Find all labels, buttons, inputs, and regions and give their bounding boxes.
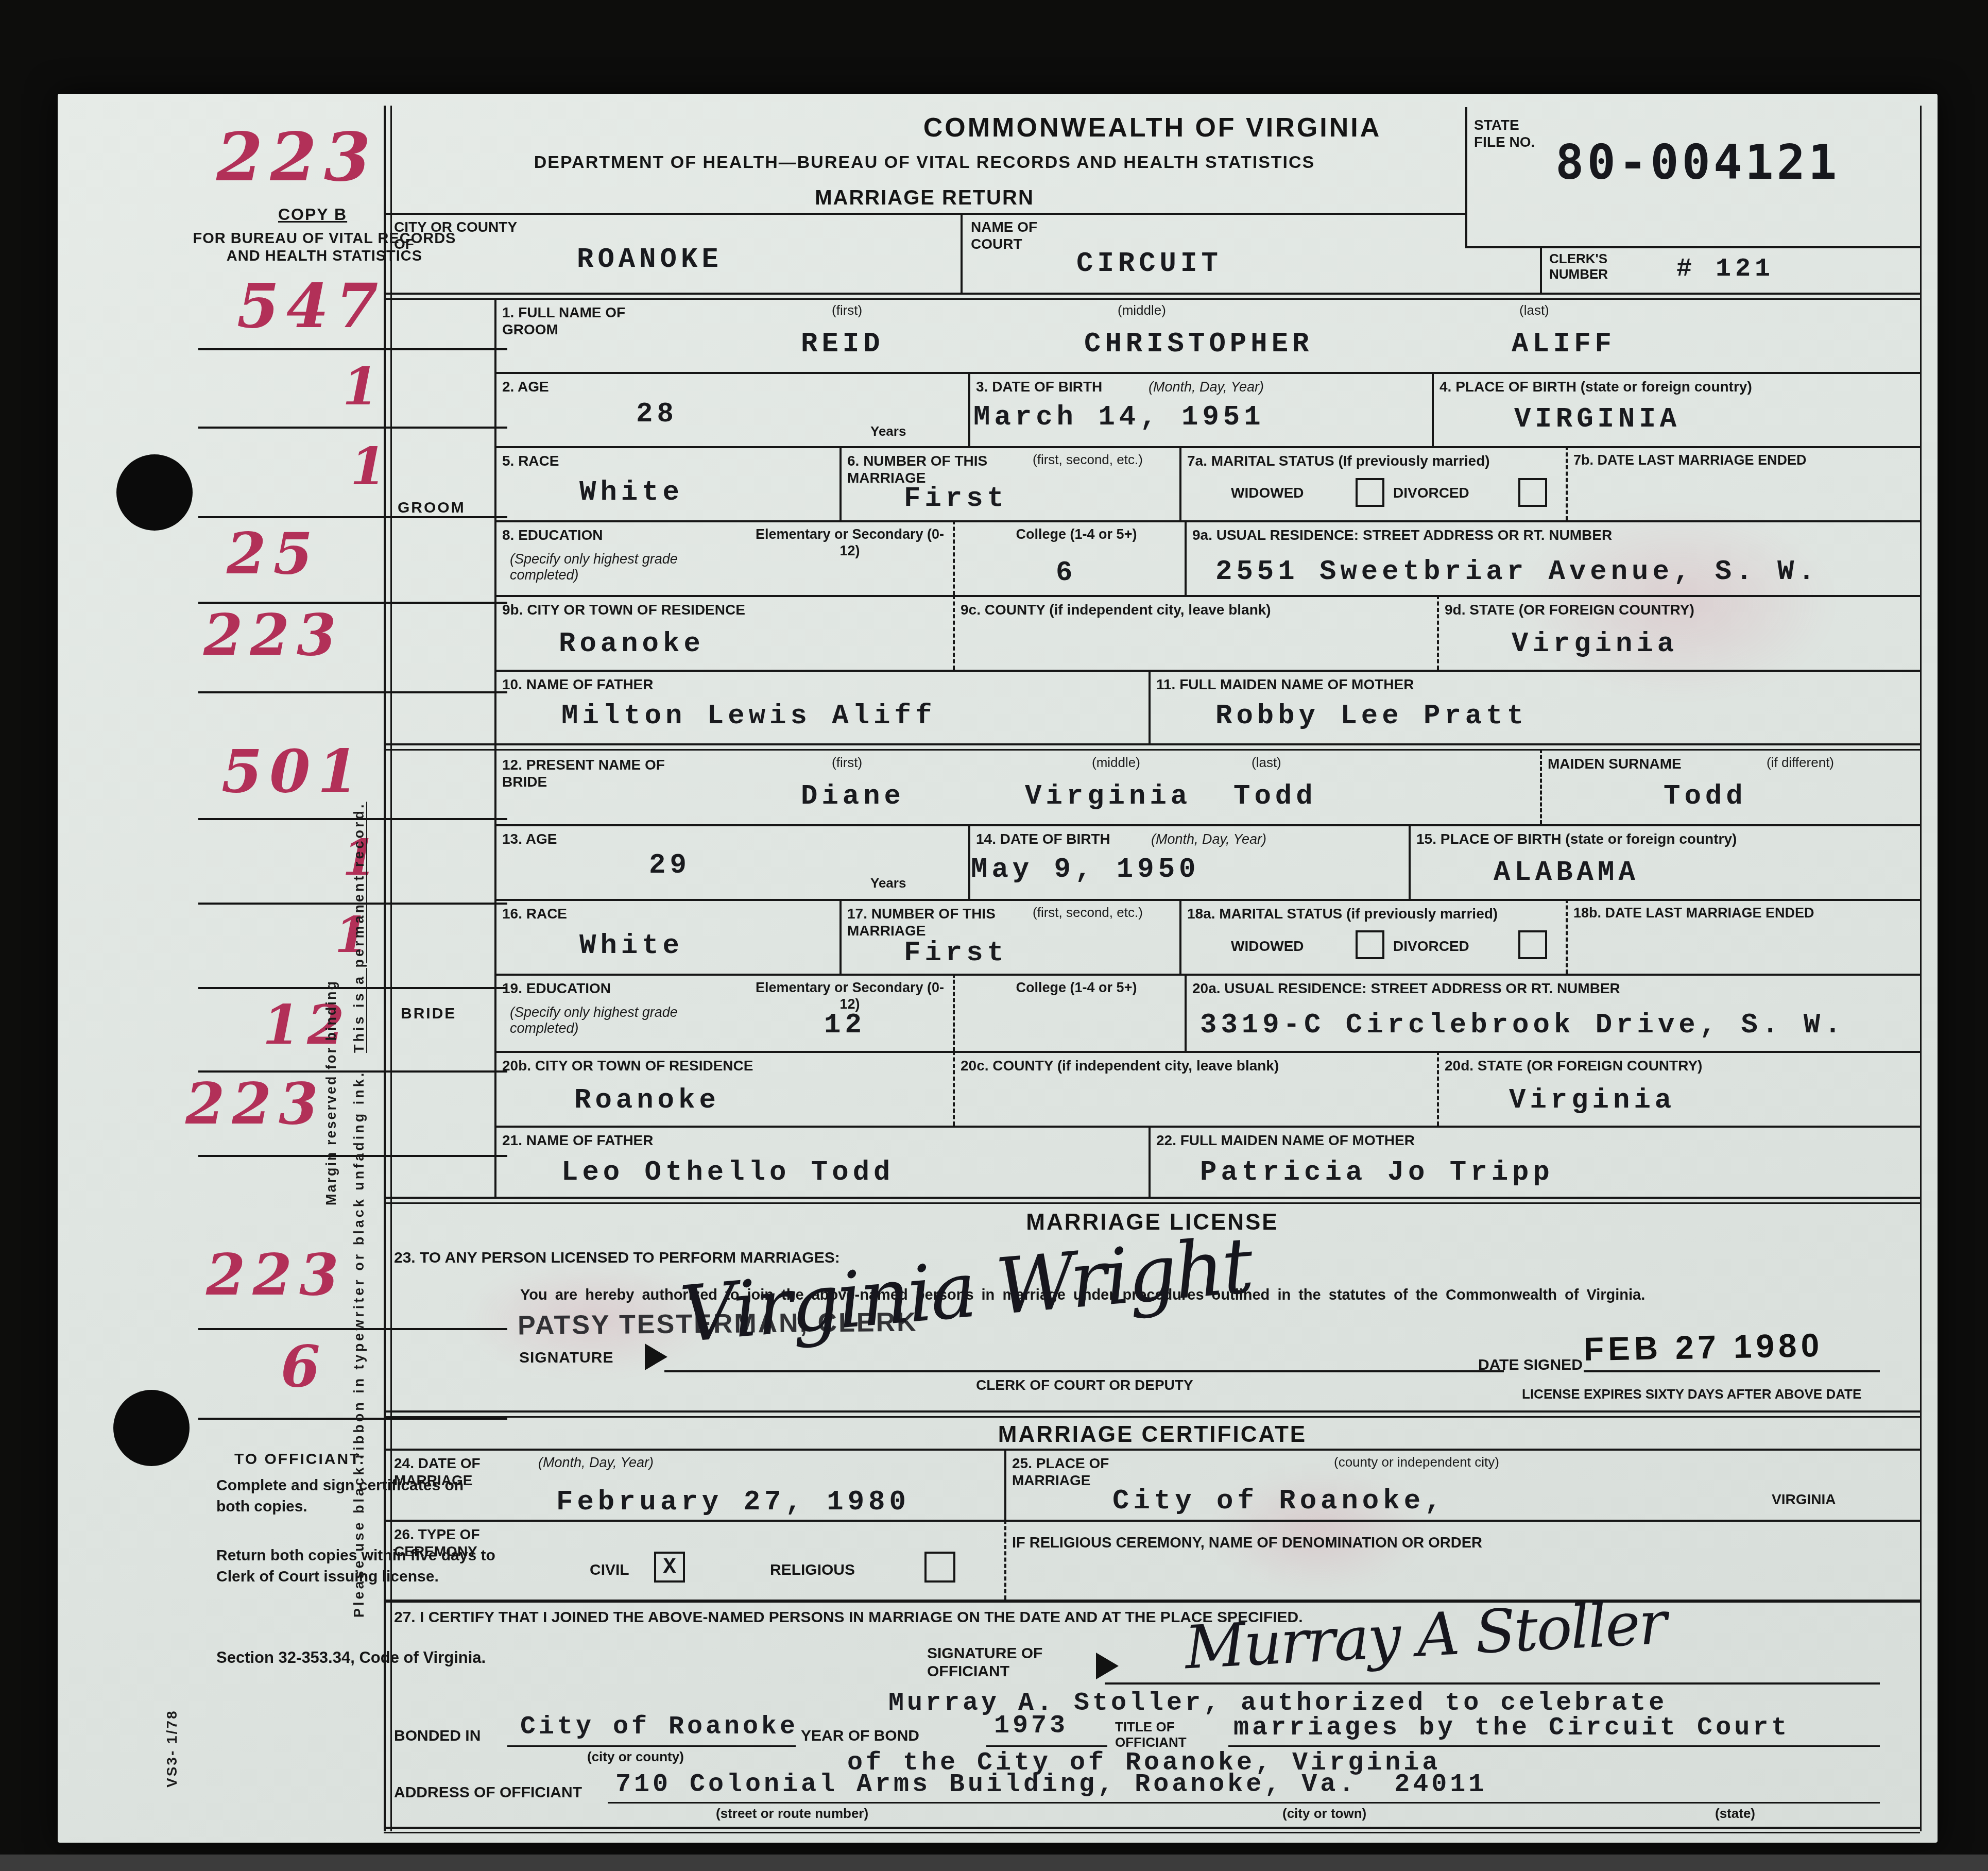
middle-name-hint: (middle) — [1118, 303, 1166, 318]
permanent-record-note: This is a permanent record. — [351, 802, 367, 1053]
rule — [1465, 246, 1920, 248]
field-20c-label: 20c. COUNTY (if independent city, leave … — [961, 1057, 1429, 1074]
rule — [384, 1416, 1920, 1418]
field-2-label: 2. AGE — [502, 378, 549, 395]
rule — [968, 824, 970, 899]
field-19-label: 19. EDUCATION — [502, 980, 611, 997]
field-21-label: 21. NAME OF FATHER — [502, 1132, 654, 1149]
signature-arrow-icon — [645, 1343, 667, 1370]
groom-middle-name: CHRISTOPHER — [1084, 331, 1313, 359]
rule — [384, 1449, 1920, 1451]
college-label: College (1-4 or 5+) — [968, 526, 1185, 543]
field-26-label: 26. TYPE OF CEREMONY — [394, 1526, 543, 1560]
divorced-label: DIVORCED — [1393, 484, 1469, 501]
bride-middle-name: Virginia — [1025, 783, 1191, 811]
bride-street-address: 3319-C Circlebrook Drive, S. W. — [1200, 1012, 1845, 1040]
signature-line — [664, 1370, 1504, 1372]
field-13-label: 13. AGE — [502, 830, 557, 847]
title-of-officiant-line — [1228, 1745, 1880, 1747]
officiant-signature-label: SIGNATURE OF OFFICIANT — [927, 1644, 1107, 1681]
groom-father-name: Milton Lewis Aliff — [561, 703, 936, 730]
rule — [384, 749, 1920, 751]
date-signed-label: DATE SIGNED — [1478, 1356, 1583, 1374]
field-24-hint: (Month, Day, Year) — [538, 1455, 654, 1471]
first-name-hint: (first) — [832, 303, 862, 318]
code-section-reference: Section 32-353.34, Code of Virginia. — [216, 1647, 497, 1668]
rule — [953, 595, 955, 670]
punch-hole — [113, 1390, 190, 1466]
rule — [384, 1410, 1920, 1413]
rule — [384, 293, 1920, 295]
widowed-label: WIDOWED — [1231, 484, 1304, 501]
bonded-in-hint: (city or county) — [587, 1749, 684, 1765]
years-label: Years — [870, 876, 906, 891]
bride-section-label: BRIDE — [401, 1005, 456, 1023]
rule — [1465, 107, 1467, 247]
rule — [1409, 824, 1411, 899]
bonded-in-line — [507, 1745, 796, 1747]
field-15-label: 15. PLACE OF BIRTH (state or foreign cou… — [1416, 830, 1911, 847]
bonded-in-value: City of Roanoke — [520, 1714, 798, 1740]
field-3-hint: (Month, Day, Year) — [1149, 379, 1264, 395]
middle-name-hint: (middle) — [1092, 755, 1140, 770]
margin-handwritten-number: 223 — [216, 124, 378, 191]
rule — [384, 106, 386, 1831]
field-5-label: 5. RACE — [502, 452, 559, 469]
elementary-secondary-label: Elementary or Secondary (0-12) — [747, 526, 953, 559]
margin-handwritten-number: 547 — [237, 276, 385, 336]
field-22-label: 22. FULL MAIDEN NAME OF MOTHER — [1156, 1132, 1415, 1149]
signature-arrow-icon — [1096, 1653, 1119, 1679]
groom-section-label: GROOM — [398, 499, 466, 517]
rule — [1004, 1520, 1006, 1600]
rule — [1185, 520, 1187, 595]
state-hint: (state) — [1715, 1806, 1755, 1822]
rule — [1920, 106, 1922, 1831]
bonded-in-label: BONDED IN — [394, 1727, 481, 1745]
bride-first-name: Diane — [801, 783, 905, 811]
field-6-label: 6. NUMBER OF THIS MARRIAGE — [847, 452, 1033, 486]
groom-marriage-number: First — [904, 485, 1008, 513]
last-name-hint: (last) — [1519, 303, 1549, 318]
title-of-officiant-label: TITLE OF OFFICIANT — [1115, 1720, 1228, 1750]
to-officiant-title: TO OFFICIANT: — [234, 1450, 366, 1468]
college-label: College (1-4 or 5+) — [968, 980, 1185, 996]
rule — [961, 213, 963, 294]
binding-margin-note: Margin reserved for binding — [323, 793, 339, 1205]
state-file-label: STATE FILE NO. — [1474, 116, 1551, 150]
field-14-hint: (Month, Day, Year) — [1151, 831, 1266, 847]
field-11-label: 11. FULL MAIDEN NAME OF MOTHER — [1156, 676, 1414, 693]
groom-street-address: 2551 Sweetbriar Avenue, S. W. — [1215, 558, 1819, 586]
rule — [1185, 974, 1187, 1051]
field-6-hint: (first, second, etc.) — [1033, 452, 1143, 467]
street-hint: (street or route number) — [716, 1806, 868, 1822]
rule — [494, 974, 1920, 976]
field-27-label: 27. I CERTIFY THAT I JOINED THE ABOVE-NA… — [394, 1608, 1908, 1626]
rule — [968, 372, 970, 446]
margin-handwritten-number: 25 — [227, 525, 320, 582]
rule — [494, 298, 496, 1199]
field-14-label: 14. DATE OF BIRTH — [976, 830, 1110, 847]
bride-state-of-residence: Virginia — [1509, 1087, 1675, 1115]
field-19-hint: (Specify only highest grade completed) — [510, 1005, 747, 1036]
field-8-label: 8. EDUCATION — [502, 526, 603, 543]
city-town-hint: (city or town) — [1282, 1806, 1366, 1822]
rule — [953, 1051, 955, 1126]
field-8-hint: (Specify only highest grade completed) — [510, 551, 747, 583]
rule — [1149, 670, 1151, 744]
signature-label: SIGNATURE — [519, 1349, 613, 1367]
margin-handwritten-number: 501 — [221, 742, 366, 801]
address-line — [608, 1802, 1880, 1804]
civil-label: CIVIL — [590, 1561, 629, 1579]
margin-handwritten-number: 223 — [185, 1076, 325, 1132]
bride-elementary-years: 12 — [824, 1012, 866, 1040]
groom-age: 28 — [636, 401, 678, 429]
rule — [839, 899, 842, 974]
rule — [953, 520, 955, 595]
rule — [1432, 372, 1434, 446]
rule — [494, 372, 1920, 374]
groom-place-of-birth: VIRGINIA — [1514, 406, 1681, 434]
bride-marriage-number: First — [904, 940, 1008, 967]
form-code: VS3- 1/78 — [164, 1623, 180, 1788]
rule — [1566, 899, 1568, 974]
rule — [1149, 1126, 1151, 1198]
license-expiry-note: LICENSE EXPIRES SIXTY DAYS AFTER ABOVE D… — [1522, 1387, 1893, 1402]
elementary-secondary-label: Elementary or Secondary (0-12) — [747, 980, 953, 1013]
religious-checkbox — [924, 1552, 955, 1583]
margin-handwritten-number: 223 — [203, 607, 344, 664]
rule — [494, 899, 1920, 901]
margin-handwritten-number: 1 — [342, 361, 386, 412]
rule — [1004, 1449, 1006, 1520]
clerk-of-court-label: CLERK OF COURT OR DEPUTY — [976, 1376, 1193, 1393]
field-12-label: 12. PRESENT NAME OF BRIDE — [502, 756, 672, 790]
groom-last-name: ALIFF — [1512, 331, 1616, 359]
rule — [198, 348, 507, 350]
city-county-value: ROANOKE — [577, 246, 723, 274]
bride-maiden-surname: Todd — [1664, 783, 1747, 811]
rule — [1437, 1051, 1439, 1126]
clerks-number-value: # 121 — [1676, 257, 1774, 282]
rule — [494, 520, 1920, 522]
court-name-value: CIRCUIT — [1076, 250, 1222, 278]
divorced-checkbox — [1518, 930, 1547, 959]
religious-ceremony-note: IF RELIGIOUS CEREMONY, NAME OF DENOMINAT… — [1012, 1534, 1517, 1552]
rule — [384, 1202, 1920, 1204]
groom-state-of-residence: Virginia — [1512, 631, 1678, 658]
rule — [1540, 749, 1542, 824]
field-20a-label: 20a. USUAL RESIDENCE: STREET ADDRESS OR … — [1192, 980, 1888, 997]
margin-handwritten-number: 223 — [206, 1247, 346, 1303]
field-9b-label: 9b. CITY OR TOWN OF RESIDENCE — [502, 601, 745, 618]
rule — [494, 670, 1920, 672]
rule — [494, 446, 1920, 448]
bride-mother-name: Patricia Jo Tripp — [1200, 1159, 1554, 1187]
field-7a-label: 7a. MARITAL STATUS (If previously marrie… — [1187, 452, 1548, 469]
field-18b-label: 18b. DATE LAST MARRIAGE ENDED — [1573, 905, 1913, 922]
field-24-label: 24. DATE OF MARRIAGE — [394, 1455, 533, 1489]
rule — [839, 446, 842, 520]
rule — [1437, 595, 1439, 670]
field-9c-label: 9c. COUNTY (if independent city, leave b… — [961, 601, 1429, 618]
rule — [384, 1600, 1920, 1603]
scanner-bed-strip — [0, 1855, 1988, 1871]
rule — [494, 595, 1920, 597]
court-name-label: NAME OF COURT — [971, 218, 1074, 252]
rule — [390, 106, 392, 1831]
date-stamp: FEB 27 1980 — [1583, 1326, 1823, 1368]
rule — [384, 1520, 1920, 1522]
field-16-label: 16. RACE — [502, 905, 567, 922]
field-9a-label: 9a. USUAL RESIDENCE: STREET ADDRESS OR R… — [1192, 526, 1888, 543]
rule — [384, 1832, 1920, 1833]
years-label: Years — [870, 424, 906, 439]
bride-place-of-birth: ALABAMA — [1494, 859, 1639, 887]
place-of-marriage: City of Roanoke, — [1112, 1488, 1445, 1516]
year-of-bond-line — [986, 1745, 1107, 1747]
form-title: MARRIAGE RETURN — [384, 186, 1465, 210]
groom-date-of-birth: March 14, 1951 — [973, 404, 1265, 432]
field-25-label: 25. PLACE OF MARRIAGE — [1012, 1455, 1156, 1489]
groom-city-of-residence: Roanoke — [559, 631, 705, 658]
year-of-bond-label: YEAR OF BOND — [801, 1727, 919, 1745]
field-25-hint: (county or independent city) — [1334, 1455, 1499, 1470]
rule — [953, 974, 955, 1051]
punch-hole — [116, 454, 193, 531]
civil-checkbox-mark: X — [663, 1555, 676, 1579]
city-county-label: CITY OR COUNTY OF — [394, 218, 538, 252]
bride-date-of-birth: May 9, 1950 — [971, 856, 1199, 884]
bride-city-of-residence: Roanoke — [574, 1087, 720, 1115]
maiden-surname-label: MAIDEN SURNAME — [1548, 755, 1682, 772]
bride-age: 29 — [649, 852, 691, 880]
groom-race: White — [579, 479, 683, 507]
copy-label: COPY B — [278, 205, 347, 225]
field-17-hint: (first, second, etc.) — [1033, 905, 1143, 920]
bride-last-name: Todd — [1233, 783, 1317, 811]
rule — [384, 298, 1920, 300]
field-17-label: 17. NUMBER OF THIS MARRIAGE — [847, 905, 1033, 939]
officiant-signature-line — [1105, 1682, 1880, 1685]
margin-handwritten-number: 6 — [281, 1338, 328, 1395]
rule — [1540, 246, 1542, 294]
bride-race: White — [579, 932, 683, 960]
rule — [1179, 446, 1181, 520]
field-3-label: 3. DATE OF BIRTH — [976, 378, 1102, 395]
widowed-checkbox — [1356, 930, 1384, 959]
year-of-bond-value: 1973 — [994, 1713, 1068, 1739]
date-of-marriage: February 27, 1980 — [556, 1489, 910, 1517]
maiden-surname-hint: (if different) — [1767, 755, 1834, 770]
rule — [384, 1197, 1920, 1199]
rule — [384, 743, 1920, 745]
widowed-label: WIDOWED — [1231, 938, 1304, 955]
title-of-officiant-value: marriages by the Circuit Court — [1233, 1715, 1790, 1741]
department-title: DEPARTMENT OF HEALTH—BUREAU OF VITAL REC… — [384, 152, 1465, 173]
first-name-hint: (first) — [832, 755, 862, 770]
clerks-number-label: CLERK'S NUMBER — [1549, 251, 1663, 282]
marriage-certificate-title: MARRIAGE CERTIFICATE — [384, 1422, 1921, 1448]
rule — [494, 1126, 1920, 1128]
ink-note-text: Please use black ribbon in typewriter or… — [351, 1070, 367, 1618]
rule — [494, 1051, 1920, 1053]
groom-mother-name: Robby Lee Pratt — [1215, 703, 1528, 730]
rule — [1179, 899, 1181, 974]
field-10-label: 10. NAME OF FATHER — [502, 676, 654, 693]
rule — [198, 427, 507, 429]
civil-checkbox: X — [654, 1552, 685, 1583]
ink-permanence-note: Please use black ribbon in typewriter or… — [351, 453, 367, 1618]
field-1-label: 1. FULL NAME OF GROOM — [502, 304, 657, 338]
place-of-marriage-state: VIRGINIA — [1772, 1491, 1836, 1508]
field-18a-label: 18a. MARITAL STATUS (if previously marri… — [1187, 905, 1548, 922]
address-of-officiant-label: ADDRESS OF OFFICIANT — [394, 1783, 582, 1801]
religious-label: RELIGIOUS — [770, 1561, 855, 1579]
rule — [1566, 446, 1568, 520]
field-9d-label: 9d. STATE (OR FOREIGN COUNTRY) — [1445, 601, 1913, 618]
scanned-marriage-return-document: 223 COPY B FOR BUREAU OF VITAL RECORDS A… — [0, 0, 1988, 1871]
rule — [384, 1827, 1920, 1829]
field-7b-label: 7b. DATE LAST MARRIAGE ENDED — [1573, 452, 1913, 469]
divorced-label: DIVORCED — [1393, 938, 1469, 955]
bride-father-name: Leo Othello Todd — [561, 1159, 894, 1187]
field-20b-label: 20b. CITY OR TOWN OF RESIDENCE — [502, 1057, 753, 1074]
last-name-hint: (last) — [1252, 755, 1281, 770]
rule — [494, 824, 1920, 826]
rule — [384, 213, 1465, 215]
groom-first-name: REID — [801, 331, 884, 359]
field-20d-label: 20d. STATE (OR FOREIGN COUNTRY) — [1445, 1057, 1913, 1074]
date-signed-line — [1584, 1370, 1880, 1372]
widowed-checkbox — [1356, 478, 1384, 507]
divorced-checkbox — [1518, 478, 1547, 507]
address-of-officiant-value: 710 Colonial Arms Building, Roanoke, Va.… — [615, 1772, 1487, 1798]
state-file-number: 80-004121 — [1555, 135, 1840, 190]
groom-college-years: 6 — [1056, 559, 1076, 587]
field-4-label: 4. PLACE OF BIRTH (state or foreign coun… — [1439, 378, 1913, 395]
